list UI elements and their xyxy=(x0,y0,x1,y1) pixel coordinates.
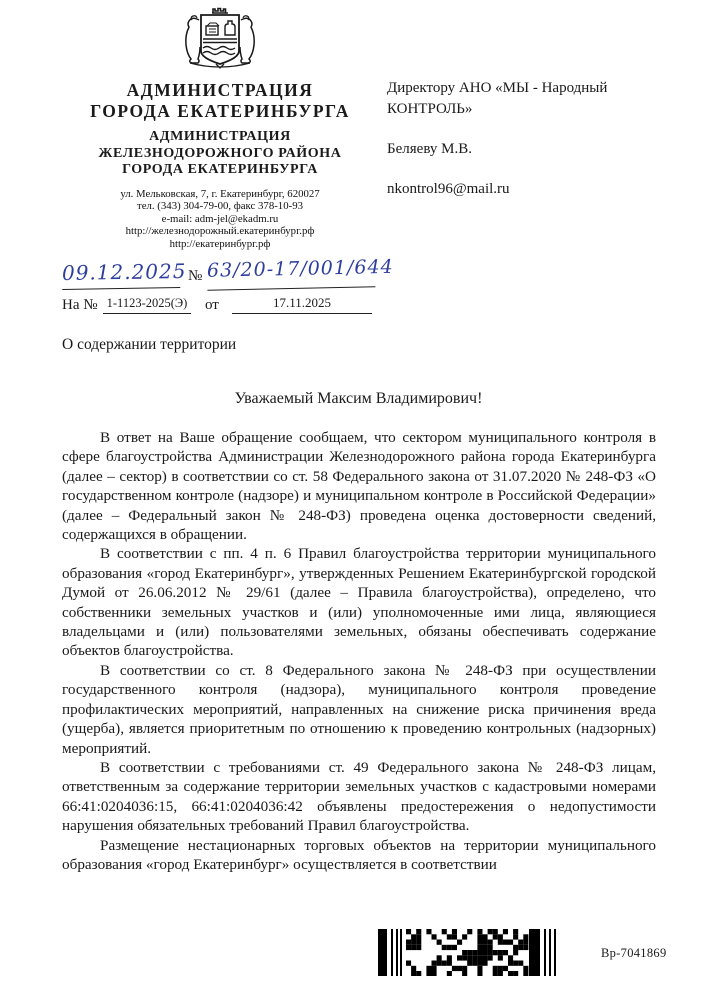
body-paragraph: В соответствии с пп. 4 п. 6 Правил благо… xyxy=(62,544,656,660)
recipient-name: Беляеву М.В. xyxy=(387,139,687,160)
org-name-line2: ГОРОДА ЕКАТЕРИНБУРГА xyxy=(55,101,385,122)
letterhead-site1: http://железнодорожный.екатеринбург.рф xyxy=(55,225,385,238)
reply-to-label: На № xyxy=(62,297,98,314)
letterhead-email: e-mail: adm-jel@ekadm.ru xyxy=(55,213,385,226)
pdf417-barcode-icon xyxy=(378,929,563,976)
coat-of-arms-icon xyxy=(170,6,270,74)
letter-body: В ответ на Ваше обращение сообщаем, что … xyxy=(62,428,656,874)
letterhead-site2: http://екатеринбург.рф xyxy=(55,238,385,251)
incoming-date: 17.11.2025 xyxy=(232,295,372,314)
recipient-block: Директору АНО «МЫ - Народный КОНТРОЛЬ» Б… xyxy=(387,78,687,200)
incoming-number: 1-1123-2025(Э) xyxy=(103,295,191,314)
from-label: от xyxy=(205,297,219,314)
outgoing-number-handwritten: 63/20-17/001/644 xyxy=(207,250,376,291)
document-barcode xyxy=(378,929,563,981)
barcode-number: Вр-7041869 xyxy=(601,946,667,961)
org-name-line1: АДМИНИСТРАЦИЯ xyxy=(55,80,385,101)
subject-line: О содержании территории xyxy=(62,336,236,354)
letterhead: АДМИНИСТРАЦИЯ ГОРОДА ЕКАТЕРИНБУРГА АДМИН… xyxy=(55,6,385,250)
body-paragraph: В ответ на Ваше обращение сообщаем, что … xyxy=(62,428,656,544)
salutation: Уважаемый Максим Владимирович! xyxy=(62,390,655,408)
dept-name-line1: АДМИНИСТРАЦИЯ xyxy=(55,129,385,146)
number-sign-label: № xyxy=(188,268,202,285)
letterhead-phone: тел. (343) 304-79-00, факс 378-10-93 xyxy=(55,200,385,213)
body-paragraph: Размещение нестационарных торговых объек… xyxy=(62,836,656,875)
scanned-letter-page: АДМИНИСТРАЦИЯ ГОРОДА ЕКАТЕРИНБУРГА АДМИН… xyxy=(0,0,710,990)
dept-name-line3: ГОРОДА ЕКАТЕРИНБУРГА xyxy=(55,162,385,179)
recipient-line1: Директору АНО «МЫ - Народный xyxy=(387,78,687,99)
letterhead-address: ул. Мельковская, 7, г. Екатеринбург, 620… xyxy=(55,188,385,201)
body-paragraph: В соответствии с требованиями ст. 49 Фед… xyxy=(62,758,656,836)
recipient-line2: КОНТРОЛЬ» xyxy=(387,99,687,120)
recipient-email: nkontrol96@mail.ru xyxy=(387,179,687,200)
outgoing-date-handwritten: 09.12.2025 xyxy=(62,257,181,290)
body-paragraph: В соответствии со ст. 8 Федерального зак… xyxy=(62,661,656,758)
dept-name-line2: ЖЕЛЕЗНОДОРОЖНОГО РАЙОНА xyxy=(55,146,385,163)
